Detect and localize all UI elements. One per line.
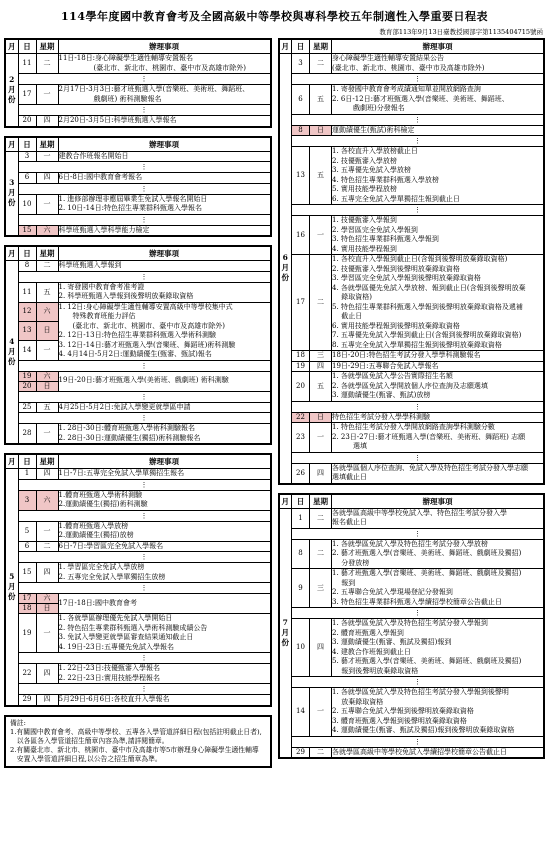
event-row: 12六1. 12日:身心障礙學生適性輔導安置高級中等學校集中式 特殊教育班能力評… [5, 302, 271, 321]
events-cell: 1. 各就學區免試入學及特色招生考試分發入學報到後聲明 放棄錄取資格2. 五專聯… [332, 688, 545, 737]
ellipsis-row: ⋮ [5, 214, 271, 225]
weekday-cell: 二 [310, 255, 332, 351]
ellipsis-row: ⋮ [5, 684, 271, 695]
ellipsis-cell: ⋮ [18, 684, 271, 695]
ellipsis-row: ⋮ [279, 136, 545, 147]
events-cell: 1. 各就學區免試入學及特色招生考試分發入學報到2. 體育班甄選入學報到3. 運… [332, 619, 545, 677]
day-cell: 10 [18, 194, 36, 214]
month-cell: 5 月 份 [5, 469, 18, 706]
day-cell: 29 [18, 695, 36, 706]
weekday-cell-highlighted: 六 [36, 490, 58, 510]
event-text-line: 1. 學習區完全免試入學放榜 [59, 563, 270, 573]
weekday-cell: 二 [310, 508, 332, 528]
month-cell: 2 月 份 [5, 54, 18, 127]
ellipsis-row: ⋮ [5, 583, 271, 594]
event-row: 17六17日-18日:國中教育會考 [5, 594, 271, 604]
table-body: 6 月 份3二身心障礙學生適性輔導安置結果公告(臺北市、新北市、桃園市、臺中市及… [279, 54, 545, 484]
ellipsis-cell: ⋮ [292, 205, 545, 216]
events-cell: 建教合作班報名開始日 [58, 151, 271, 162]
event-text-line: 各就學區高級中等學校免試入學、特色招生考試分發入學 [332, 509, 543, 519]
column-header-month: 月 [279, 39, 292, 54]
event-text-line: 8. 五專完全免試入學單獨招生報到後聲明放棄錄取資格 [332, 341, 543, 351]
events-cell: 1. 各校直升入學報到截止日(含報到後聲明放棄錄取資格)2. 技優甄審入學報到後… [332, 255, 545, 351]
event-row: 8日運動績優生(甄試)術科檢定 [279, 125, 545, 136]
column-header-weekday: 星期 [36, 39, 58, 54]
schedule-table: 月日星期辦理事項7 月 份1二各就學區高級中等學校免試入學、特色招生考試分發入學… [278, 493, 546, 760]
event-text-line: 報名截止日 [332, 518, 543, 528]
ellipsis-row: ⋮ [279, 74, 545, 85]
header-row: 月日星期辦理事項 [5, 246, 271, 261]
ellipsis-row: ⋮ [5, 413, 271, 424]
day-cell: 20 [292, 372, 310, 402]
event-text-line: 1. 各就學區免試入學及特色招生考試分發入學報到 [332, 619, 543, 629]
day-cell: 20 [18, 116, 36, 127]
event-row: 5一1.體育班甄選入學放榜2.運動績優生(獨招)放榜 [5, 521, 271, 541]
weekday-cell: 二 [36, 261, 58, 272]
day-cell: 8 [292, 539, 310, 569]
event-row: 11五1. 寄發國中教育會考准考證2. 科學班甄選入學報到後聲明放棄錄取資格 [5, 282, 271, 302]
event-text-line: 科學班甄選入學報到 [59, 261, 270, 271]
event-text-line: 2. 10日-14日:特色招生專業群科甄選入學報名 [59, 204, 270, 214]
weekday-cell: 四 [310, 619, 332, 677]
event-row: 3 月 份3一建教合作班報名開始日 [5, 151, 271, 162]
event-text-line: 5. 藝才班甄選入學(音樂班、美術班、舞蹈班、戲劇班及獨招) [332, 657, 543, 667]
table-body: 4 月 份8二科學班甄選入學報到⋮11五1. 寄發國中教育會考准考證2. 科學班… [5, 261, 271, 445]
events-cell: 1. 28日-30日:體育班甄選入學術科測驗報名2. 28日-30日:運動績優生… [58, 424, 271, 445]
column-header-events: 辦理事項 [58, 39, 271, 54]
event-text-line: 4. 各就學區優先免試入學放榜、報到截止日(含報到後聲明放棄 [332, 284, 543, 294]
event-text-line: 18日-20日:特色招生考試分發入學學科測驗報名 [332, 351, 543, 361]
weekday-cell-highlighted: 日 [36, 381, 58, 391]
weekday-cell: 一 [36, 424, 58, 445]
event-text-line: 3. 體育班甄選入學報到後聲明放棄錄取資格 [332, 717, 543, 727]
event-text-line: 1. 各校直升入學報到截止日(含報到後聲明放棄錄取資格) [332, 255, 543, 265]
event-text-line: 17日-18日:國中教育會考 [59, 599, 270, 609]
table-body: 7 月 份1二各就學區高級中等學校免試入學、特色招生考試分發入學報名截止日⋮8二… [279, 508, 545, 758]
column-header-day: 日 [18, 137, 36, 152]
events-cell: 2月17日-3月3日:藝才班甄選入學(音樂班、美術班、舞蹈班、 戲劇班) 術科測… [58, 85, 271, 105]
ellipsis-row: ⋮ [279, 452, 545, 463]
column-header-events: 辦理事項 [332, 39, 545, 54]
column-header-events: 辦理事項 [58, 246, 271, 261]
weekday-cell: 五 [310, 372, 332, 402]
event-text-line: 特色招生考試分發入學學科測驗 [332, 413, 543, 423]
event-text-line: 2. 五專完全免試入學單獨招生放榜 [59, 573, 270, 583]
ellipsis-row: ⋮ [5, 74, 271, 85]
event-text-line: 19日-29日:五專聯合免試入學報名 [332, 362, 543, 372]
event-text-line: 3. 特色招生專業群科甄選入學報到 [332, 235, 543, 245]
ellipsis-row: ⋮ [279, 401, 545, 412]
event-text-line: 2. 藝才班甄選入學(音樂班、美術班、舞蹈班、戲劇班及獨招) [332, 549, 543, 559]
event-text-line: 1.體育班甄選入學放榜 [59, 522, 270, 532]
day-cell-highlighted: 13 [18, 321, 36, 340]
events-cell: 1. 藝才班甄選入學(音樂班、美術班、舞蹈班、戲劇班及獨招) 報到2. 五專聯合… [332, 569, 545, 608]
weekday-cell-highlighted: 日 [310, 125, 332, 136]
event-row: 29四5月29日-6月6日:各校直升入學報名 [5, 695, 271, 706]
column-header-weekday: 星期 [36, 137, 58, 152]
ellipsis-row: ⋮ [279, 205, 545, 216]
weekday-cell-highlighted: 日 [36, 604, 58, 614]
event-row: 26四各就學區個人序位查詢、免試入學及特色招生考試分發入學志願選填截止日 [279, 463, 545, 484]
event-text-line: 4. 19日-23日:五專優先免試入學報名 [59, 643, 270, 653]
event-text-line: 2. 學習區完全免試入學報到 [332, 226, 543, 236]
event-text-line: 3. 免試入學變更就學區審查結果通知截止日 [59, 633, 270, 643]
ellipsis-row: ⋮ [279, 114, 545, 125]
event-text-line: 1. 各就學區辦理優先免試入學開始日 [59, 614, 270, 624]
weekday-cell: 一 [310, 216, 332, 255]
ellipsis-cell: ⋮ [18, 552, 271, 563]
day-cell: 17 [292, 255, 310, 351]
event-text-line: 放棄錄取資格 [332, 698, 543, 708]
event-text-line: 3. 五專優先免試入學放榜 [332, 166, 543, 176]
events-cell: 1.體育班甄選入學術科測驗2.運動績優生(獨招)術科測驗 [58, 490, 271, 510]
event-text-line: 4. 運動績優生(甄審、甄試及獨招)報到後聲明放棄錄取資格 [332, 726, 543, 736]
event-row: 22日特色招生考試分發入學學科測驗 [279, 412, 545, 423]
ellipsis-row: ⋮ [5, 105, 271, 116]
column-header-day: 日 [18, 246, 36, 261]
event-row: 25五4月25日-5月2日:免試入學變更就學區申請 [5, 402, 271, 413]
schedule-table: 月日星期辦理事項6 月 份3二身心障礙學生適性輔導安置結果公告(臺北市、新北市、… [278, 38, 546, 485]
weekday-cell-highlighted: 六 [36, 225, 58, 236]
event-row: 15六科學班甄選入學科學能力檢定 [5, 225, 271, 236]
table-header: 月日星期辦理事項 [5, 137, 271, 152]
day-cell: 17 [18, 85, 36, 105]
weekday-cell: 三 [310, 351, 332, 362]
event-text-line: 分發放榜 [332, 559, 543, 569]
ellipsis-row: ⋮ [5, 162, 271, 173]
event-text-line: 1.體育班甄選入學術科測驗 [59, 491, 270, 501]
note-line: 安置入學管道詳細日程,以公告之招生簡章為準。 [10, 755, 266, 764]
event-row: 13五1. 各校直升入學放榜截止日2. 技優甄審入學放榜3. 五專優先免試入學放… [279, 147, 545, 205]
day-cell-highlighted: 15 [18, 225, 36, 236]
event-text-line: 1. 寄發國中教育會考成績通知單並開放網路查詢 [332, 85, 543, 95]
event-text-line: 4. 特色招生專業群科甄選入學放榜 [332, 176, 543, 186]
column-header-month: 月 [5, 137, 18, 152]
day-cell: 6 [18, 541, 36, 552]
event-row: 7 月 份1二各就學區高級中等學校免試入學、特色招生考試分發入學報名截止日 [279, 508, 545, 528]
events-cell: 運動績優生(甄試)術科檢定 [332, 125, 545, 136]
event-text-line: (臺北市、新北市、桃園市、臺中市及高雄市除外) [59, 64, 270, 74]
event-text-line: 報到 [332, 579, 543, 589]
event-text-line: 1. 各就學區免試入學及特色招生考試分發入學報到後聲明 [332, 688, 543, 698]
ellipsis-cell: ⋮ [18, 391, 271, 402]
events-cell: 5月29日-6月6日:各校直升入學報名 [58, 695, 271, 706]
event-text-line: 截止日 [332, 312, 543, 322]
event-row: 9三1. 藝才班甄選入學(音樂班、美術班、舞蹈班、戲劇班及獨招) 報到2. 五專… [279, 569, 545, 608]
event-row: 5 月 份1四1日-7日:五專完全免試入學單獨招生報名 [5, 469, 271, 480]
event-text-line: 2. 技優甄審入學報到後聲明放棄錄取資格 [332, 265, 543, 275]
weekday-cell: 一 [36, 521, 58, 541]
day-cell: 8 [18, 261, 36, 272]
day-cell-highlighted: 19 [18, 371, 36, 381]
event-row: 8二1. 各就學區免試入學及特色招生考試分發入學放榜2. 藝才班甄選入學(音樂班… [279, 539, 545, 569]
events-cell: 1. 各就學區免試入學公告實際招生名額2. 各就學區免試入學開放個人序位查詢及志… [332, 372, 545, 402]
events-cell: 身心障礙學生適性輔導安置結果公告(臺北市、新北市、桃園市、臺中市及高雄市除外) [332, 54, 545, 74]
document-page: 114學年度國中教育會考及全國高級中等學校與專科學校五年制適性入學重要日程表 教… [0, 0, 549, 770]
day-cell-highlighted: 3 [18, 490, 36, 510]
events-cell: 各就學區高級中等學校免試入學續招學校簡章公告截止日 [332, 747, 545, 758]
column-header-day: 日 [292, 494, 310, 509]
event-text-line: 2. 28日-30日:運動績優生(獨招)術科測驗報名 [59, 434, 270, 444]
event-text-line: 2. 12日-13日:特色招生專業群科甄選入學術科測驗 [59, 331, 270, 341]
event-text-line: 1. 技優甄審入學報到 [332, 216, 543, 226]
header-row: 月日星期辦理事項 [279, 494, 545, 509]
event-row: 16一1. 技優甄審入學報到2. 學習區完全免試入學報到3. 特色招生專業群科甄… [279, 216, 545, 255]
weekday-cell-highlighted: 日 [36, 321, 58, 340]
right-column: 月日星期辦理事項6 月 份3二身心障礙學生適性輔導安置結果公告(臺北市、新北市、… [278, 38, 546, 767]
ellipsis-row: ⋮ [5, 183, 271, 194]
event-text-line: 2. 6日-12日:藝才班甄選入學(音樂班、美術班、舞蹈班、 [332, 95, 543, 105]
event-text-line: 建教合作班報名開始日 [59, 152, 270, 162]
weekday-cell-highlighted: 六 [36, 371, 58, 381]
table-header: 月日星期辦理事項 [279, 39, 545, 54]
event-row: 6二6日-7日:學習區完全免試入學報名 [5, 541, 271, 552]
ellipsis-cell: ⋮ [292, 136, 545, 147]
event-text-line: 特殊教育班能力評估 [59, 312, 270, 322]
weekday-cell: 四 [36, 664, 58, 684]
event-row: 14一1. 各就學區免試入學及特色招生考試分發入學報到後聲明 放棄錄取資格2. … [279, 688, 545, 737]
month-cell: 3 月 份 [5, 151, 18, 236]
weekday-cell: 二 [310, 54, 332, 74]
event-text-line: 身心障礙學生適性輔導安置結果公告 [332, 54, 543, 64]
event-text-line: 5月29日-6月6日:各校直升入學報名 [59, 695, 270, 705]
event-text-line: 2月20日-3月5日:科學班甄選入學報名 [59, 116, 270, 126]
page-title: 114學年度國中教育會考及全國高級中等學校與專科學校五年制適性入學重要日程表 [4, 8, 545, 24]
events-cell: 1日-7日:五專完全免試入學單獨招生報名 [58, 469, 271, 480]
day-cell: 29 [292, 747, 310, 758]
event-row: 17二1. 各校直升入學報到截止日(含報到後聲明放棄錄取資格)2. 技優甄審入學… [279, 255, 545, 351]
document-number: 教育部113年9月13日臺教授國部字第1135404715號函 [4, 27, 543, 36]
weekday-cell: 四 [36, 173, 58, 184]
event-text-line: 6. 實用技能學程報到後聲明放棄錄取資格 [332, 322, 543, 332]
events-cell: 1. 各校直升入學放榜截止日2. 技優甄審入學放榜3. 五專優先免試入學放榜4.… [332, 147, 545, 205]
event-text-line: 5. 實用技能學程放榜 [332, 185, 543, 195]
weekday-cell: 一 [36, 151, 58, 162]
ellipsis-row: ⋮ [279, 736, 545, 747]
event-text-line: 1. 各校直升入學放榜截止日 [332, 147, 543, 157]
event-text-line: 6. 五專完全免試入學單獨招生報到截止日 [332, 195, 543, 205]
table-header: 月日星期辦理事項 [5, 39, 271, 54]
events-cell: 19日-20日:藝才班甄選入學(美術班、戲劇班) 術科測驗 [58, 371, 271, 391]
ellipsis-cell: ⋮ [292, 74, 545, 85]
events-cell: 各就學區個人序位查詢、免試入學及特色招生考試分發入學志願選填截止日 [332, 463, 545, 484]
day-cell: 23 [292, 423, 310, 453]
day-cell: 19 [292, 361, 310, 372]
weekday-cell: 四 [36, 116, 58, 127]
ellipsis-row: ⋮ [279, 528, 545, 539]
ellipsis-row: ⋮ [5, 653, 271, 664]
header-row: 月日星期辦理事項 [5, 137, 271, 152]
column-header-events: 辦理事項 [332, 494, 545, 509]
event-text-line: 4月25日-5月2日:免試入學變更就學區申請 [59, 403, 270, 413]
ellipsis-cell: ⋮ [292, 452, 545, 463]
weekday-cell: 一 [36, 85, 58, 105]
events-cell: 18日-20日:特色招生考試分發入學學科測驗報名 [332, 351, 545, 362]
table-header: 月日星期辦理事項 [279, 494, 545, 509]
ellipsis-cell: ⋮ [18, 162, 271, 173]
ellipsis-cell: ⋮ [18, 510, 271, 521]
column-header-month: 月 [5, 39, 18, 54]
left-column: 月日星期辦理事項2 月 份11二11日-18日:身心障礙學生適性輔導安置報名 (… [4, 38, 272, 768]
event-text-line: 2.運動績優生(獨招)術科測驗 [59, 500, 270, 510]
weekday-cell: 四 [36, 695, 58, 706]
event-text-line: 2.運動績優生(獨招)放榜 [59, 531, 270, 541]
event-text-line: 錄取資格) [332, 293, 543, 303]
weekday-cell-highlighted: 日 [310, 412, 332, 423]
weekday-cell: 一 [310, 688, 332, 737]
event-text-line: 2月17日-3月3日:藝才班甄選入學(音樂班、美術班、舞蹈班、 [59, 85, 270, 95]
event-text-line: 1. 特色招生考試分發入學開放網路查詢學科測驗分數 [332, 423, 543, 433]
event-text-line: 3. 運動績優生(甄審、甄試及獨招)報到 [332, 638, 543, 648]
events-cell: 1. 寄發國中教育會考成績通知單並開放網路查詢2. 6日-12日:藝才班甄選入學… [332, 85, 545, 115]
weekday-cell: 一 [310, 423, 332, 453]
event-text-line: 2. 22日-23日:實用技能學程報名 [59, 674, 270, 684]
event-row: 10四1. 各就學區免試入學及特色招生考試分發入學報到2. 體育班甄選入學報到3… [279, 619, 545, 677]
event-row: 19六19日-20日:藝才班甄選入學(美術班、戲劇班) 術科測驗 [5, 371, 271, 381]
column-header-month: 月 [5, 246, 18, 261]
event-row: 22四1. 22日-23日:技優甄審入學報名2. 22日-23日:實用技能學程報… [5, 664, 271, 684]
ellipsis-row: ⋮ [5, 360, 271, 371]
event-text-line: 2. 五專聯合免試入學現場登記分發報到 [332, 588, 543, 598]
event-row: 6 月 份3二身心障礙學生適性輔導安置結果公告(臺北市、新北市、桃園市、臺中市及… [279, 54, 545, 74]
day-cell-highlighted: 12 [18, 302, 36, 321]
events-cell: 1. 特色招生考試分發入學開放網路查詢學科測驗分數2. 23日-27日:藝才班甄… [332, 423, 545, 453]
ellipsis-cell: ⋮ [18, 360, 271, 371]
events-cell: 1. 各就學區辦理優先免試入學開始日2. 特色招生專業群科甄選入學術科測驗成績公… [58, 614, 271, 653]
day-cell: 16 [292, 216, 310, 255]
event-text-line: 4. 4月14日-5月2日:運動績優生(甄審、甄試)報名 [59, 350, 270, 360]
day-cell: 5 [18, 521, 36, 541]
day-cell: 14 [18, 341, 36, 360]
event-row: 15四1. 學習區完全免試入學放榜2. 五專完全免試入學單獨招生放榜 [5, 563, 271, 583]
events-cell: 各就學區高級中等學校免試入學、特色招生考試分發入學報名截止日 [332, 508, 545, 528]
ellipsis-cell: ⋮ [292, 401, 545, 412]
column-header-day: 日 [18, 454, 36, 469]
event-text-line: 5. 特色招生專業群科甄選入學報到後聲明放棄錄取資格及遞補 [332, 303, 543, 313]
event-text-line: 各就學區個人序位查詢、免試入學及特色招生考試分發入學志願 [332, 464, 543, 474]
events-cell: 1.體育班甄選入學放榜2.運動績優生(獨招)放榜 [58, 521, 271, 541]
event-row: 3六1.體育班甄選入學術科測驗2.運動績優生(獨招)術科測驗 [5, 490, 271, 510]
event-text-line: 1. 22日-23日:技優甄審入學報名 [59, 664, 270, 674]
event-text-line: 2. 體育班甄選入學報到 [332, 629, 543, 639]
weekday-cell: 四 [310, 463, 332, 484]
event-row: 4 月 份8二科學班甄選入學報到 [5, 261, 271, 272]
event-text-line: 2. 科學班甄選入學報到後聲明放棄錄取資格 [59, 292, 270, 302]
ellipsis-cell: ⋮ [292, 528, 545, 539]
ellipsis-row: ⋮ [5, 271, 271, 282]
events-cell: 2月20日-3月5日:科學班甄選入學報名 [58, 116, 271, 127]
weekday-cell: 二 [36, 541, 58, 552]
schedule-table: 月日星期辦理事項3 月 份3一建教合作班報名開始日⋮6四6日-8日:國中教育會考… [4, 136, 272, 238]
column-header-events: 辦理事項 [58, 137, 271, 152]
events-cell: 1. 22日-23日:技優甄審入學報名2. 22日-23日:實用技能學程報名 [58, 664, 271, 684]
day-cell: 11 [18, 54, 36, 74]
event-text-line: 選填 [332, 442, 543, 452]
two-column-layout: 月日星期辦理事項2 月 份11二11日-18日:身心障礙學生適性輔導安置報名 (… [4, 38, 545, 768]
note-line: 備註: [10, 719, 266, 728]
weekday-cell-highlighted: 六 [36, 594, 58, 604]
ellipsis-row: ⋮ [5, 510, 271, 521]
schedule-table: 月日星期辦理事項4 月 份8二科學班甄選入學報到⋮11五1. 寄發國中教育會考准… [4, 245, 272, 445]
table-header: 月日星期辦理事項 [5, 454, 271, 469]
ellipsis-row: ⋮ [279, 608, 545, 619]
event-text-line: 1. 藝才班甄選入學(音樂班、美術班、舞蹈班、戲劇班及獨招) [332, 569, 543, 579]
ellipsis-cell: ⋮ [18, 479, 271, 490]
event-text-line: 3. 12日-14日:藝才班甄選入學(音樂班、舞蹈班)術科測驗 [59, 341, 270, 351]
events-cell: 19日-29日:五專聯合免試入學報名 [332, 361, 545, 372]
day-cell-highlighted: 22 [292, 412, 310, 423]
ellipsis-cell: ⋮ [292, 608, 545, 619]
day-cell: 26 [292, 463, 310, 484]
weekday-cell: 五 [36, 282, 58, 302]
event-row: 28一1. 28日-30日:體育班甄選入學術科測驗報名2. 28日-30日:運動… [5, 424, 271, 445]
event-text-line: 報到後聲明放棄錄取資格 [332, 667, 543, 677]
ellipsis-cell: ⋮ [18, 413, 271, 424]
day-cell-highlighted: 17 [18, 594, 36, 604]
day-cell: 10 [292, 619, 310, 677]
column-header-month: 月 [279, 494, 292, 509]
column-header-weekday: 星期 [36, 246, 58, 261]
day-cell-highlighted: 8 [292, 125, 310, 136]
event-text-line: 2. 技優甄審入學放榜 [332, 157, 543, 167]
weekday-cell: 四 [36, 469, 58, 480]
event-text-line: (臺北市、新北市、桃園市、臺中市及高雄市除外) [59, 322, 270, 332]
event-text-line: 2. 五專聯合免試入學報到後聲明放棄錄取資格 [332, 707, 543, 717]
event-row: 20五1. 各就學區免試入學公告實際招生名額2. 各就學區免試入學開放個人序位查… [279, 372, 545, 402]
day-cell: 3 [18, 151, 36, 162]
ellipsis-row: ⋮ [279, 677, 545, 688]
event-row: 23一1. 特色招生考試分發入學開放網路查詢學科測驗分數2. 23日-27日:藝… [279, 423, 545, 453]
events-cell: 1. 學習區完全免試入學放榜2. 五專完全免試入學單獨招生放榜 [58, 563, 271, 583]
event-row: 18三18日-20日:特色招生考試分發入學學科測驗報名 [279, 351, 545, 362]
month-cell: 4 月 份 [5, 261, 18, 445]
ellipsis-row: ⋮ [5, 552, 271, 563]
month-cell: 6 月 份 [279, 54, 292, 484]
events-cell: 1. 寄發國中教育會考准考證2. 科學班甄選入學報到後聲明放棄錄取資格 [58, 282, 271, 302]
event-text-line: 4. 實用技能學程報到 [332, 245, 543, 255]
ellipsis-cell: ⋮ [292, 677, 545, 688]
day-cell: 9 [292, 569, 310, 608]
event-text-line: 各就學區高級中等學校免試入學續招學校簡章公告截止日 [332, 748, 543, 758]
event-row: 6四6日-8日:國中教育會考報名 [5, 173, 271, 184]
weekday-cell: 一 [36, 341, 58, 360]
day-cell: 1 [292, 508, 310, 528]
event-row: 10一1. 進修部辦理非應屆畢業生免試入學報名開始日2. 10日-14日:特色招… [5, 194, 271, 214]
ellipsis-cell: ⋮ [18, 653, 271, 664]
event-text-line: 3. 運動績優生(甄審、甄試)放榜 [332, 391, 543, 401]
event-row: 19一1. 各就學區辦理優先免試入學開始日2. 特色招生專業群科甄選入學術科測驗… [5, 614, 271, 653]
header-row: 月日星期辦理事項 [5, 454, 271, 469]
events-cell: 4月25日-5月2日:免試入學變更就學區申請 [58, 402, 271, 413]
event-text-line: (臺北市、新北市、桃園市、臺中市及高雄市除外) [332, 64, 543, 74]
event-text-line: 6日-7日:學習區完全免試入學報名 [59, 542, 270, 552]
event-text-line: 19日-20日:藝才班甄選入學(美術班、戲劇班) 術科測驗 [59, 376, 270, 386]
column-header-events: 辦理事項 [58, 454, 271, 469]
events-cell: 1. 12日:身心障礙學生適性輔導安置高級中等學校集中式 特殊教育班能力評估 (… [58, 302, 271, 360]
day-cell: 22 [18, 664, 36, 684]
day-cell: 18 [292, 351, 310, 362]
event-text-line: 1. 進修部辦理非應屆畢業生免試入學報名開始日 [59, 195, 270, 205]
event-text-line: 戲劇班) 術科測驗報名 [59, 95, 270, 105]
ellipsis-cell: ⋮ [18, 271, 271, 282]
schedule-table: 月日星期辦理事項5 月 份1四1日-7日:五專完全免試入學單獨招生報名⋮3六1.… [4, 453, 272, 707]
weekday-cell: 四 [36, 563, 58, 583]
table-body: 5 月 份1四1日-7日:五專完全免試入學單獨招生報名⋮3六1.體育班甄選入學術… [5, 469, 271, 706]
weekday-cell: 二 [310, 539, 332, 569]
note-line: 以各區各入學管道招生簡章內容為準,請詳閱簡章。 [10, 737, 266, 746]
day-cell: 13 [292, 147, 310, 205]
table-header: 月日星期辦理事項 [5, 246, 271, 261]
